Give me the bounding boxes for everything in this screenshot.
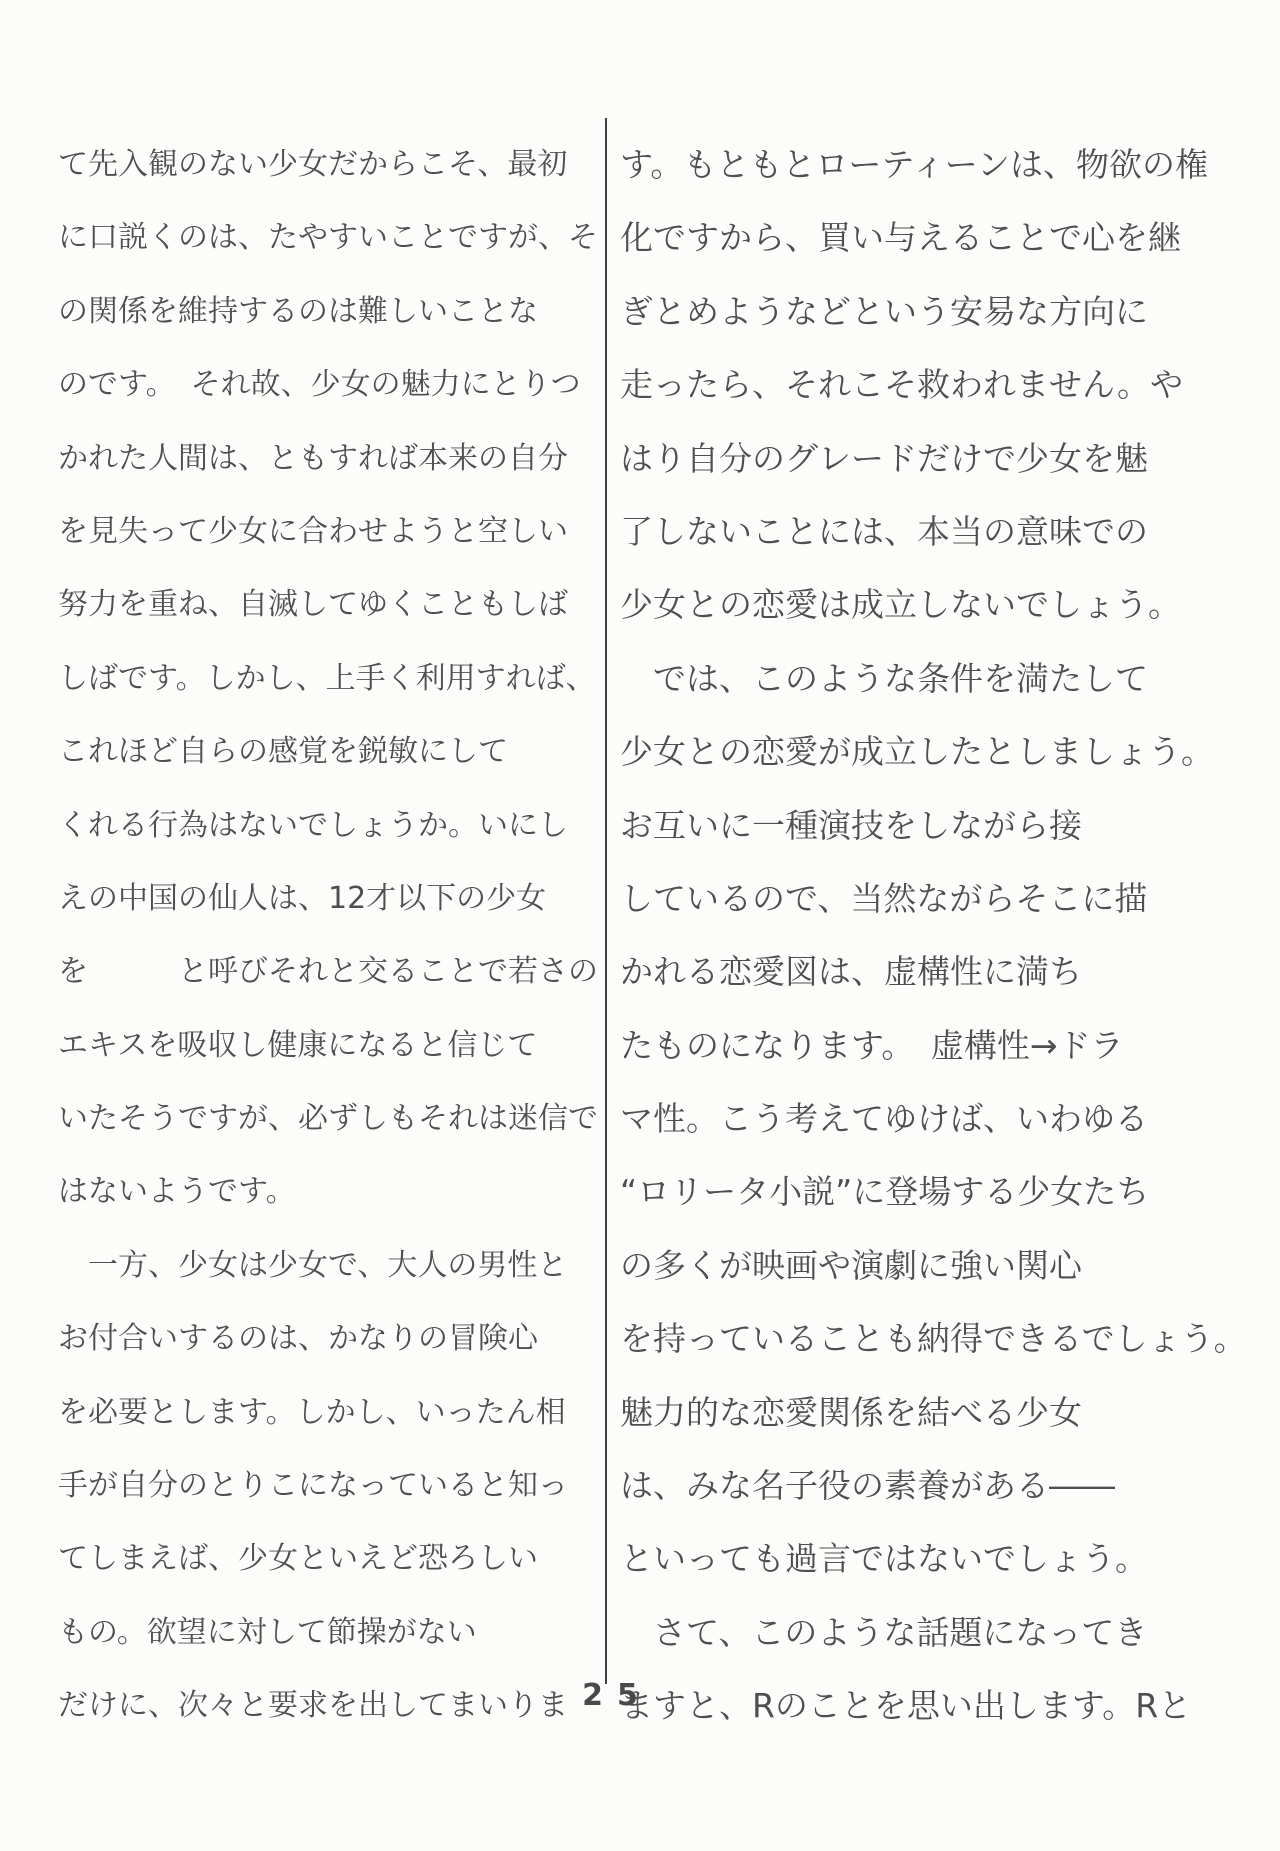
handwritten-line: かれた人間は、ともすれば本来の自分 — [58, 422, 603, 495]
handwritten-line: さて、このような話題になってき — [620, 1596, 1260, 1669]
handwritten-line: の多くが映画や演劇に強い関心 — [620, 1229, 1260, 1302]
left-text-column: て先入観のない少女だからこそ、最初に口説くのは、たやすいことですが、その関係を維… — [58, 128, 603, 1743]
handwritten-line: ますと、Rのことを思い出します。Rと — [620, 1669, 1260, 1742]
handwritten-line: しばです。しかし、上手く利用すれば、 — [58, 642, 603, 715]
handwritten-line: 努力を重ね、自滅してゆくこともしば — [58, 568, 603, 641]
handwritten-line: かれる恋愛図は、虚構性に満ち — [620, 935, 1260, 1008]
handwritten-line: だけに、次々と要求を出してまいりま — [58, 1669, 603, 1742]
handwritten-line: くれる行為はないでしょうか。いにし — [58, 789, 603, 862]
handwritten-line: では、このような条件を満たして — [620, 642, 1260, 715]
handwritten-line: たものになります。 虚構性→ドラ — [620, 1009, 1260, 1082]
handwritten-line: を持っていることも納得できるでしょう。 — [620, 1302, 1260, 1375]
handwritten-line: といっても過言ではないでしょう。 — [620, 1522, 1260, 1595]
handwritten-line: 魅力的な恋愛関係を結べる少女 — [620, 1376, 1260, 1449]
handwritten-line: 少女との恋愛が成立したとしましょう。 — [620, 715, 1260, 788]
handwritten-line: エキスを吸収し健康になると信じて — [58, 1009, 603, 1082]
handwritten-line: はり自分のグレードだけで少女を魅 — [620, 422, 1260, 495]
handwritten-line: 走ったら、それこそ救われません。や — [620, 348, 1260, 421]
page-number: 25 — [560, 1678, 660, 1713]
handwritten-line: す。もともとローティーンは、物欲の権 — [620, 128, 1260, 201]
handwritten-line: いたそうですが、必ずしもそれは迷信で — [58, 1082, 603, 1155]
handwritten-line: お付合いするのは、かなりの冒険心 — [58, 1302, 603, 1375]
handwritten-line: 少女との恋愛は成立しないでしょう。 — [620, 568, 1260, 641]
handwritten-line: マ性。こう考えてゆけば、いわゆる — [620, 1082, 1260, 1155]
handwritten-line: てしまえば、少女といえど恐ろしい — [58, 1522, 603, 1595]
right-text-column: す。もともとローティーンは、物欲の権化ですから、買い与えることで心を継ぎとめよう… — [620, 128, 1260, 1743]
handwritten-line: 了しないことには、本当の意味での — [620, 495, 1260, 568]
handwritten-line: を必要とします。しかし、いったん相 — [58, 1376, 603, 1449]
handwritten-line: て先入観のない少女だからこそ、最初 — [58, 128, 603, 201]
handwritten-line: しているので、当然ながらそこに描 — [620, 862, 1260, 935]
handwritten-line: お互いに一種演技をしながら接 — [620, 789, 1260, 862]
handwritten-line: “ロリータ小説”に登場する少女たち — [620, 1155, 1260, 1228]
handwritten-line: を見失って少女に合わせようと空しい — [58, 495, 603, 568]
scanned-page: て先入観のない少女だからこそ、最初に口説くのは、たやすいことですが、その関係を維… — [0, 0, 1280, 1851]
handwritten-line: これほど自らの感覚を鋭敏にして — [58, 715, 603, 788]
handwritten-line: えの中国の仙人は、12才以下の少女 — [58, 862, 603, 935]
handwritten-line: の関係を維持するのは難しいことな — [58, 275, 603, 348]
handwritten-line: もの。欲望に対して節操がない — [58, 1596, 603, 1669]
handwritten-line: に口説くのは、たやすいことですが、そ — [58, 201, 603, 274]
handwritten-line: 化ですから、買い与えることで心を継 — [620, 201, 1260, 274]
handwritten-line: のです。 それ故、少女の魅力にとりつ — [58, 348, 603, 421]
handwritten-line: を と呼びそれと交ることで若さの — [58, 935, 603, 1008]
handwritten-line: はないようです。 — [58, 1155, 603, 1228]
column-divider — [605, 118, 607, 1684]
handwritten-line: 手が自分のとりこになっていると知っ — [58, 1449, 603, 1522]
handwritten-line: 一方、少女は少女で、大人の男性と — [58, 1229, 603, 1302]
handwritten-line: は、みな名子役の素養がある―― — [620, 1449, 1260, 1522]
handwritten-line: ぎとめようなどという安易な方向に — [620, 275, 1260, 348]
